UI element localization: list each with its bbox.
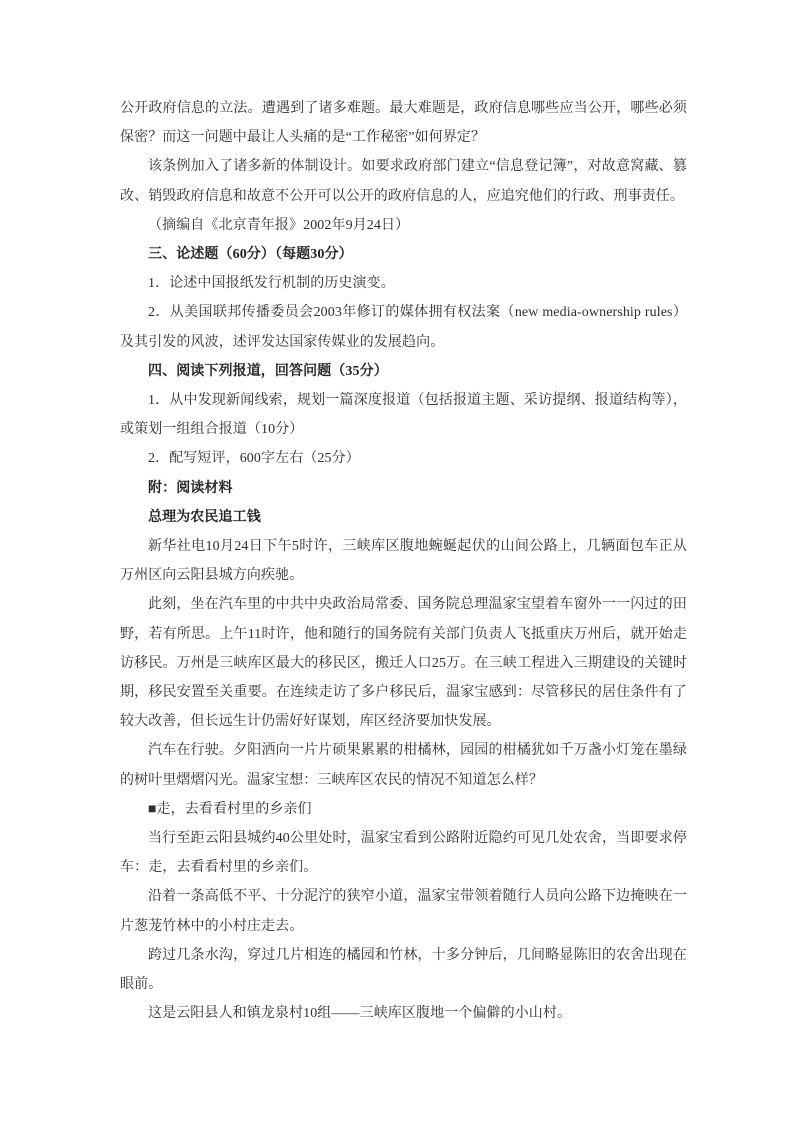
article-title: 总理为农民追工钱 [120, 503, 687, 532]
appendix-heading: 附：阅读材料 [120, 474, 687, 503]
paragraph: 该条例加入了诸多新的体制设计。如要求政府部门建立“信息登记簿”，对故意窝藏、篡改… [120, 152, 687, 210]
question-item: 2．配写短评，600字左右（25分） [120, 444, 687, 473]
paragraph: 沿着一条高低不平、十分泥泞的狭窄小道，温家宝带领着随行人员向公路下边掩映在一片葱… [120, 882, 687, 940]
paragraph: 汽车在行驶。夕阳洒向一片片硕果累累的柑橘林，园园的柑橘犹如千万盏小灯笼在墨绿的树… [120, 736, 687, 794]
subhead-with-square-bullet: ■走，去看看村里的乡亲们 [120, 795, 687, 824]
paragraph-source-attribution: （摘编自《北京青年报》2002年9月24日） [120, 211, 687, 240]
paragraph-continuation: 公开政府信息的立法。遭遇到了诸多难题。最大难题是，政府信息哪些应当公开，哪些必须… [120, 94, 687, 152]
paragraph: 当行至距云阳县城约40公里处时，温家宝看到公路附近隐约可见几处农舍，当即要求停车… [120, 824, 687, 882]
section-heading-4: 四、阅读下列报道，回答问题（35分） [120, 357, 687, 386]
section-heading-3: 三、论述题（60分）（每题30分） [120, 240, 687, 269]
paragraph: 跨过几条水沟，穿过几片相连的橘园和竹林，十多分钟后，几间略显陈旧的农舍出现在眼前… [120, 941, 687, 999]
paragraph: 这是云阳县人和镇龙泉村10组——三峡库区腹地一个偏僻的小山村。 [120, 999, 687, 1028]
paragraph: 新华社电10月24日下午5时许，三峡库区腹地蜿蜒起伏的山间公路上，几辆面包车正从… [120, 532, 687, 590]
question-item: 1．论述中国报纸发行机制的历史演变。 [120, 269, 687, 298]
document-page: 公开政府信息的立法。遭遇到了诸多难题。最大难题是，政府信息哪些应当公开，哪些必须… [0, 0, 800, 1124]
document-text-block: 公开政府信息的立法。遭遇到了诸多难题。最大难题是，政府信息哪些应当公开，哪些必须… [120, 94, 687, 1029]
question-item: 1．从中发现新闻线索，规划一篇深度报道（包括报道主题、采访提纲、报道结构等），或… [120, 386, 687, 444]
paragraph: 此刻，坐在汽车里的中共中央政治局常委、国务院总理温家宝望着车窗外一一闪过的田野，… [120, 590, 687, 736]
question-item: 2．从美国联邦传播委员会2003年修订的媒体拥有权法案（new media-ow… [120, 298, 687, 356]
